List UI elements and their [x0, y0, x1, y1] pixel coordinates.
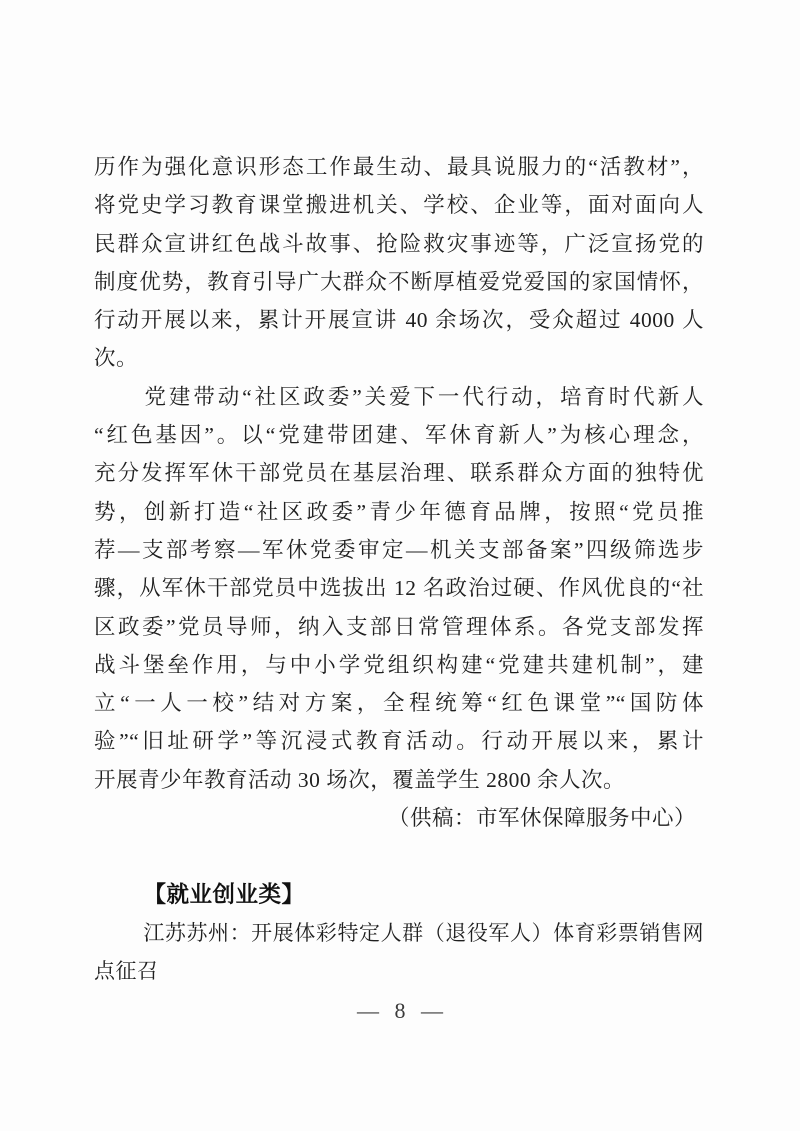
text-line: 行动开展以来，累计开展宣讲 40 余场次，受众超过 4000 人 [94, 301, 704, 339]
text-line: 次。 [94, 339, 704, 377]
text-line: 战斗堡垒作用，与中小学党组织构建“党建共建机制”，建 [94, 646, 704, 684]
text-line: 验”“旧址研学”等沉浸式教育活动。行动开展以来，累计 [94, 722, 704, 760]
text-line: 党建带动“社区政委”关爱下一代行动，培育时代新人 [94, 378, 704, 416]
body-text: 历作为强化意识形态工作最生动、最具说服力的“活教材”， 将党史学习教育课堂搬进机… [94, 148, 704, 991]
text-line: 民群众宣讲红色战斗故事、抢险救灾事迹等，广泛宣扬党的 [94, 225, 704, 263]
section-heading: 【就业创业类】 [94, 876, 704, 914]
blank-line [94, 837, 704, 875]
text-line: “红色基因”。以“党建带团建、军休育新人”为核心理念， [94, 416, 704, 454]
attribution-line: （供稿：市军休保障服务中心） [94, 799, 704, 837]
text-line: 开展青少年教育活动 30 场次，覆盖学生 2800 余人次。 [94, 761, 704, 799]
text-line: 骤，从军休干部党员中选拔出 12 名政治过硬、作风优良的“社 [94, 569, 704, 607]
page-footer: — 8 — [0, 998, 800, 1024]
document-page: 历作为强化意识形态工作最生动、最具说服力的“活教材”， 将党史学习教育课堂搬进机… [0, 0, 800, 1131]
text-line: 充分发挥军休干部党员在基层治理、联系群众方面的独特优 [94, 454, 704, 492]
text-line: 势，创新打造“社区政委”青少年德育品牌，按照“党员推 [94, 493, 704, 531]
text-line: 区政委”党员导师，纳入支部日常管理体系。各党支部发挥 [94, 608, 704, 646]
page-number: — 8 — [357, 998, 443, 1023]
subsection-title-line: 点征召 [94, 952, 704, 990]
text-line: 制度优势，教育引导广大群众不断厚植爱党爱国的家国情怀， [94, 263, 704, 301]
text-line: 立“一人一校”结对方案，全程统筹“红色课堂”“国防体 [94, 684, 704, 722]
text-line: 将党史学习教育课堂搬进机关、学校、企业等，面对面向人 [94, 186, 704, 224]
text-line: 荐—支部考察—军休党委审定—机关支部备案”四级筛选步 [94, 531, 704, 569]
text-line: 历作为强化意识形态工作最生动、最具说服力的“活教材”， [94, 148, 704, 186]
subsection-title-line: 江苏苏州：开展体彩特定人群（退役军人）体育彩票销售网 [94, 914, 704, 952]
